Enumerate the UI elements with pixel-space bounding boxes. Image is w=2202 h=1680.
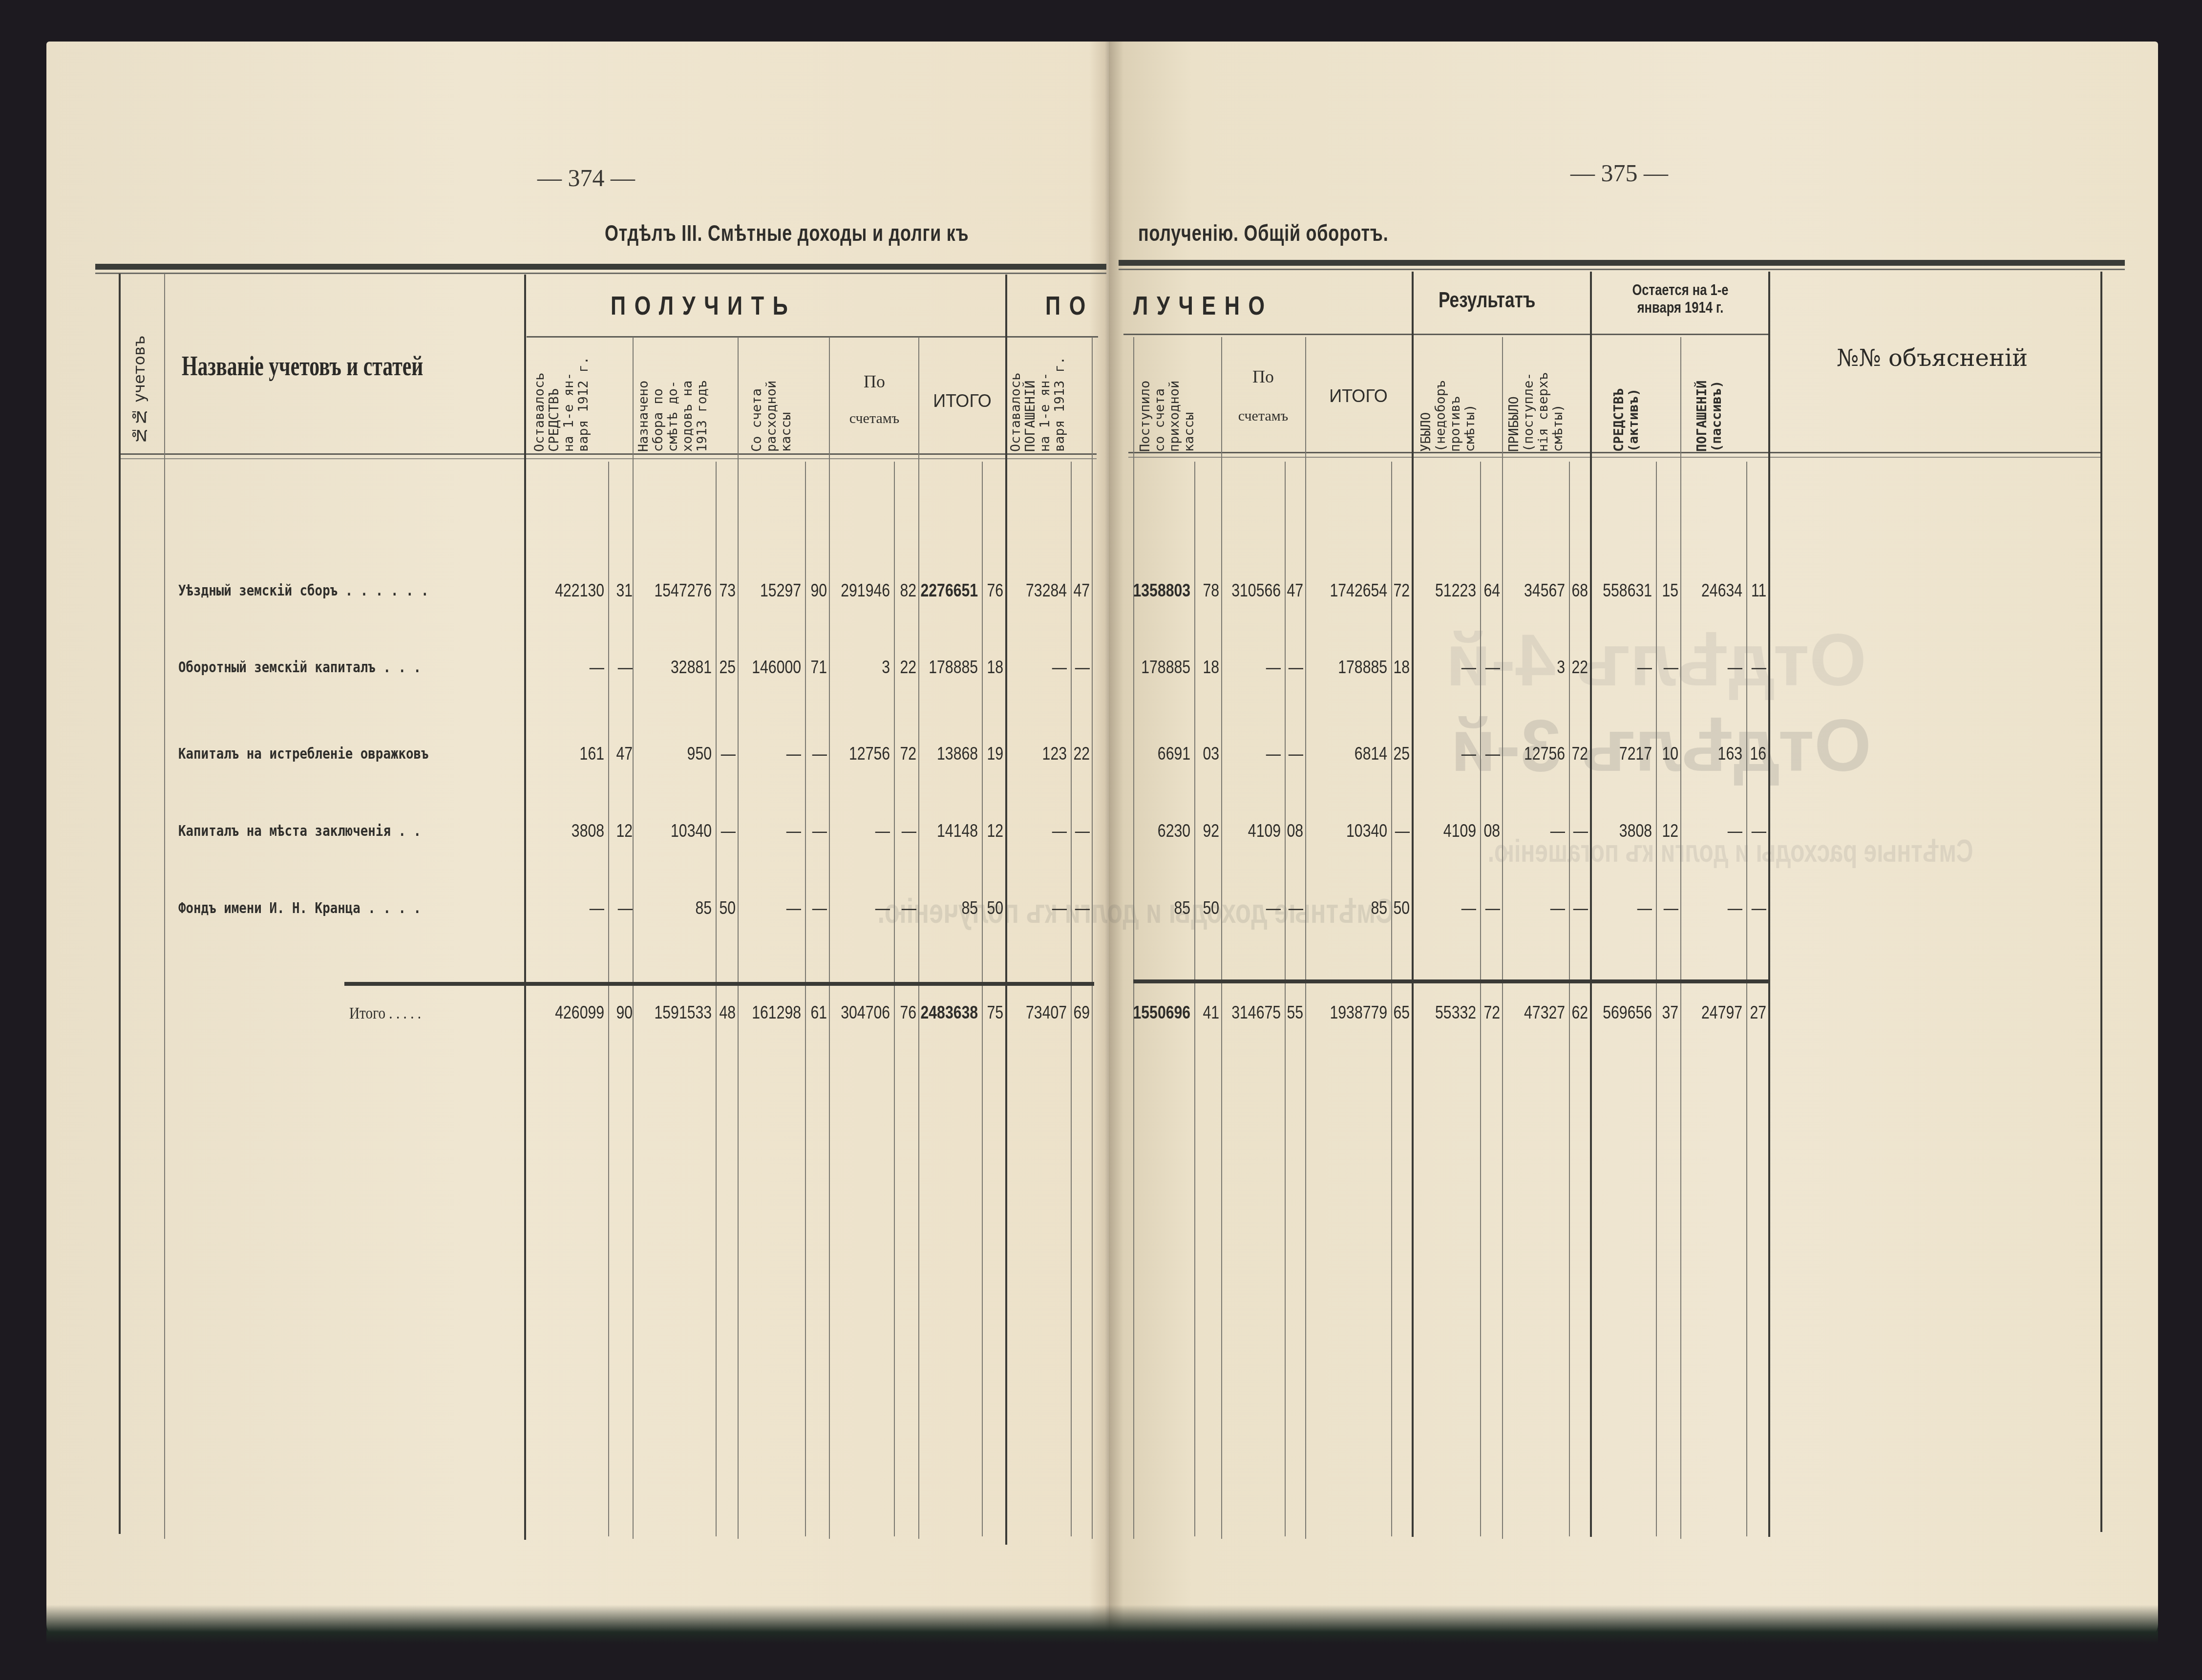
cell-kopecks: —: [618, 657, 633, 678]
total-rubles: 47327: [1524, 1002, 1565, 1023]
cell-rubles: —: [1266, 657, 1281, 678]
cell-rubles: 85: [1174, 898, 1190, 918]
cell-kopecks: —: [618, 898, 633, 918]
total-kopecks: 69: [1073, 1002, 1090, 1023]
row-label: Фондъ имени И. Н. Кранца . . . .: [178, 900, 421, 917]
subheader-ostavalos-sredstv: Оставалось СРЕДСТВЪ на 1-е ян- варя 1912…: [532, 342, 591, 452]
header-bottom-rule-right: [1128, 452, 2100, 453]
cents-divider: [894, 462, 895, 1536]
cell-rubles: —: [1637, 657, 1652, 678]
cell-rubles: 6691: [1158, 744, 1190, 764]
cell-kopecks: —: [1664, 657, 1678, 678]
subcol-divider: [1092, 337, 1093, 1539]
header-group-polucheno-left: ПО: [1045, 291, 1094, 321]
cell-kopecks: 72: [1571, 744, 1588, 764]
cell-kopecks: —: [902, 821, 916, 841]
cell-rubles: 10340: [671, 821, 712, 841]
row-label: Капиталъ на мѣста заключенія . .: [178, 823, 421, 840]
cell-kopecks: 12: [987, 821, 1003, 841]
table-top-subrule-left: [95, 273, 1106, 274]
cell-rubles: 85: [695, 898, 712, 918]
cell-rubles: 14148: [937, 821, 978, 841]
subheader-pogasheniy-passiv: ПОГАШЕНІЙ (пассивъ): [1695, 342, 1724, 452]
page-number-right: — 375 —: [1570, 159, 1668, 187]
cell-rubles: 12756: [1524, 744, 1565, 764]
cell-rubles: —: [1461, 744, 1476, 764]
total-kopecks: 27: [1750, 1002, 1766, 1023]
cell-rubles: —: [1461, 898, 1476, 918]
group-header-rule-right: [1123, 334, 1768, 335]
total-rubles: 161298: [752, 1002, 801, 1023]
cell-rubles: 34567: [1524, 580, 1565, 601]
cell-kopecks: —: [1752, 821, 1766, 841]
total-rubles: 569656: [1603, 1002, 1652, 1023]
cents-divider: [1656, 462, 1657, 1536]
cell-kopecks: —: [812, 898, 827, 918]
subheader-po-schetam-1: По: [830, 371, 918, 392]
total-kopecks: 37: [1662, 1002, 1678, 1023]
cell-rubles: —: [1266, 744, 1281, 764]
subheader-postupilo: Поступило со счета приходной кассы: [1138, 342, 1197, 452]
cell-rubles: 178885: [929, 657, 978, 678]
cell-kopecks: 22: [1571, 657, 1588, 678]
cell-rubles: 1742654: [1330, 580, 1387, 601]
section-title-right: полученію. Общій оборотъ.: [1138, 220, 1388, 246]
total-rubles: 304706: [841, 1002, 890, 1023]
cell-rubles: —: [1266, 898, 1281, 918]
cell-kopecks: 50: [1203, 898, 1219, 918]
cell-kopecks: —: [721, 744, 736, 764]
header-account-name: Названіе учетовъ и статей: [182, 349, 423, 382]
table-top-rule-left: [95, 264, 1106, 270]
cell-kopecks: 90: [810, 580, 827, 601]
cell-rubles: —: [1728, 821, 1742, 841]
cell-kopecks: 92: [1203, 821, 1219, 841]
subcol-divider: [633, 337, 634, 1539]
cell-rubles: 310566: [1231, 580, 1281, 601]
cell-rubles: 1547276: [654, 580, 712, 601]
cell-rubles: 12756: [849, 744, 890, 764]
cell-kopecks: 47: [616, 744, 633, 764]
cell-rubles: 4109: [1443, 821, 1476, 841]
subheader-naznacheno: Назначено сбора по смѣтѣ до- ходовъ на 1…: [636, 342, 710, 452]
cell-kopecks: —: [1289, 744, 1303, 764]
cell-kopecks: 47: [1287, 580, 1303, 601]
table-top-rule-right: [1119, 260, 2125, 266]
total-rule-right: [1133, 979, 1768, 983]
cell-kopecks: 19: [987, 744, 1003, 764]
cell-rubles: —: [1637, 898, 1652, 918]
cell-rubles: 950: [687, 744, 712, 764]
cell-rubles: 7217: [1619, 744, 1652, 764]
cents-divider: [716, 462, 717, 1536]
cents-divider: [1480, 462, 1481, 1536]
cell-kopecks: 82: [900, 580, 916, 601]
subheader-itogo-right: ИТОГО: [1305, 386, 1412, 406]
cell-rubles: 13868: [937, 744, 978, 764]
total-rubles: 55332: [1435, 1002, 1476, 1023]
cell-kopecks: —: [812, 821, 827, 841]
cell-kopecks: 71: [810, 657, 827, 678]
cell-rubles: —: [1728, 657, 1742, 678]
cell-rubles: 3: [882, 657, 890, 678]
total-label: Итого . . . . .: [349, 1004, 421, 1023]
cell-kopecks: 12: [616, 821, 633, 841]
cell-rubles: 6814: [1355, 744, 1387, 764]
cell-rubles: 4109: [1248, 821, 1281, 841]
cents-divider: [1194, 462, 1195, 1536]
subcol-divider: [1502, 337, 1503, 1539]
cell-rubles: 32881: [671, 657, 712, 678]
subcol-divider: [829, 337, 830, 1539]
cell-kopecks: 22: [1073, 744, 1090, 764]
cell-kopecks: 68: [1571, 580, 1588, 601]
cell-kopecks: 15: [1662, 580, 1678, 601]
header-bottom-rule-left-2: [120, 458, 1097, 459]
cell-kopecks: 08: [1287, 821, 1303, 841]
cell-rubles: 422130: [555, 580, 604, 601]
subcol-divider: [1133, 337, 1134, 1539]
cell-rubles: 146000: [752, 657, 801, 678]
header-account-number: №№ учетовъ: [132, 313, 147, 445]
cell-rubles: 163: [1718, 744, 1742, 764]
cell-rubles: 6230: [1158, 821, 1190, 841]
header-bottom-rule-left: [120, 453, 1097, 455]
table-left-border: [119, 274, 121, 1534]
cell-rubles: 1358803: [1133, 580, 1190, 601]
subheader-ostavalos-pogasheniy: Оставалось ПОГАШЕНІЙ на 1-е ян- варя 191…: [1009, 342, 1067, 452]
col-divider-number: [164, 274, 165, 1539]
total-kopecks: 75: [987, 1002, 1003, 1023]
cell-kopecks: 22: [900, 657, 916, 678]
cell-rubles: —: [786, 898, 801, 918]
row-label: Уѣздный земскій сборъ . . . . . .: [178, 582, 429, 599]
subheader-ubylo: УБЫЛО (недоборъ противъ смѣты): [1419, 342, 1478, 452]
page-number-left: — 374 —: [537, 164, 635, 192]
cell-rubles: —: [590, 898, 604, 918]
total-rubles: 314675: [1231, 1002, 1281, 1023]
cell-kopecks: —: [1752, 657, 1766, 678]
bleed-through-subtitle-left: Смѣтные доходы и долги къ полученію.: [877, 892, 1394, 931]
cell-rubles: 123: [1042, 744, 1067, 764]
total-kopecks: 55: [1287, 1002, 1303, 1023]
table-top-subrule-right: [1119, 269, 2125, 270]
subheader-po-schetam-right-2: счетамъ: [1221, 408, 1305, 425]
cell-kopecks: —: [1752, 898, 1766, 918]
cell-kopecks: —: [1485, 898, 1500, 918]
subcol-divider: [738, 337, 739, 1539]
total-rubles: 1550696: [1133, 1002, 1190, 1023]
cell-kopecks: 11: [1751, 580, 1766, 601]
cell-kopecks: 10: [1662, 744, 1678, 764]
subcol-divider: [1305, 337, 1306, 1539]
header-group-poluchit: ПОЛУЧИТЬ: [611, 291, 796, 321]
cell-rubles: —: [786, 821, 801, 841]
header-bottom-rule-right-2: [1128, 457, 2100, 458]
subcol-divider: [918, 337, 919, 1539]
cell-rubles: 558631: [1603, 580, 1652, 601]
cell-rubles: 85: [1371, 898, 1387, 918]
subheader-pribylo: ПРИБЫЛО (поступле- нія сверхъ смѣты): [1507, 342, 1566, 452]
table-right-border: [2100, 272, 2102, 1532]
total-kopecks: 41: [1203, 1002, 1219, 1023]
cents-divider: [982, 462, 983, 1536]
book-gutter: [1089, 42, 1123, 1639]
cell-kopecks: —: [1664, 898, 1678, 918]
total-kopecks: 48: [719, 1002, 736, 1023]
cell-kopecks: 12: [1662, 821, 1678, 841]
section-title-left: Отдѣлъ III. Смѣтные доходы и долги къ: [605, 220, 969, 246]
cell-rubles: 3808: [1619, 821, 1652, 841]
header-explanations: №№ объясненій: [1837, 344, 2028, 372]
cents-divider: [1071, 462, 1072, 1536]
cell-kopecks: —: [721, 821, 736, 841]
cents-divider: [1391, 462, 1392, 1536]
col-divider-poluchit: [1005, 275, 1007, 1545]
cell-rubles: 3: [1557, 657, 1565, 678]
cell-kopecks: —: [812, 744, 827, 764]
subheader-po-schetam-right-1: По: [1221, 366, 1305, 387]
total-rule-left: [344, 982, 1094, 986]
cell-kopecks: 50: [987, 898, 1003, 918]
col-divider-remains: [1768, 272, 1770, 1537]
cell-kopecks: 64: [1483, 580, 1500, 601]
subheader-po-schetam-2: счетамъ: [830, 410, 918, 427]
cell-kopecks: —: [1573, 821, 1588, 841]
cell-rubles: —: [1550, 821, 1565, 841]
total-rubles: 73407: [1026, 1002, 1067, 1023]
total-kopecks: 61: [810, 1002, 827, 1023]
cell-rubles: —: [1461, 657, 1476, 678]
total-rubles: 1938779: [1330, 1002, 1387, 1023]
cell-kopecks: —: [1075, 898, 1090, 918]
cents-divider: [1746, 462, 1747, 1536]
cell-kopecks: —: [1075, 821, 1090, 841]
cell-rubles: 24634: [1701, 580, 1742, 601]
cell-kopecks: 78: [1203, 580, 1219, 601]
total-rubles: 426099: [555, 1002, 604, 1023]
cell-kopecks: 73: [719, 580, 736, 601]
cell-rubles: 51223: [1435, 580, 1476, 601]
cell-kopecks: 18: [1393, 657, 1410, 678]
total-kopecks: 65: [1393, 1002, 1410, 1023]
cell-rubles: 2276651: [920, 580, 978, 601]
cell-kopecks: 50: [1393, 898, 1410, 918]
cents-divider: [608, 462, 609, 1536]
total-rubles: 24797: [1701, 1002, 1742, 1023]
cell-kopecks: 47: [1073, 580, 1090, 601]
col-divider-result: [1590, 272, 1592, 1537]
cell-kopecks: 18: [987, 657, 1003, 678]
cell-kopecks: —: [1485, 657, 1500, 678]
cell-rubles: —: [786, 744, 801, 764]
cell-rubles: 73284: [1026, 580, 1067, 601]
cell-kopecks: —: [1289, 657, 1303, 678]
total-kopecks: 76: [900, 1002, 916, 1023]
cell-kopecks: 31: [616, 580, 633, 601]
page-bottom-edge: [46, 1605, 2158, 1644]
cell-kopecks: —: [1485, 744, 1500, 764]
cell-rubles: 291946: [841, 580, 890, 601]
cell-kopecks: 72: [1393, 580, 1410, 601]
cell-rubles: —: [1728, 898, 1742, 918]
total-rubles: 1591533: [654, 1002, 712, 1023]
header-group-remains: Остается на 1-е января 1914 г.: [1614, 281, 1747, 316]
cell-rubles: —: [875, 898, 890, 918]
cell-kopecks: —: [1289, 898, 1303, 918]
cell-kopecks: —: [1395, 821, 1410, 841]
row-label: Капиталъ на истребленіе овражковъ: [178, 745, 429, 763]
cell-kopecks: 08: [1483, 821, 1500, 841]
cell-kopecks: 25: [1393, 744, 1410, 764]
cell-rubles: 85: [961, 898, 978, 918]
cell-rubles: —: [1550, 898, 1565, 918]
cents-divider: [1569, 462, 1570, 1536]
header-group-result: Результатъ: [1439, 288, 1536, 313]
cell-kopecks: 50: [719, 898, 736, 918]
subheader-so-scheta-rashodnoy: Со счета расходной кассы: [750, 342, 794, 452]
cents-divider: [1285, 462, 1286, 1536]
cell-kopecks: 16: [1750, 744, 1766, 764]
total-kopecks: 72: [1483, 1002, 1500, 1023]
cell-kopecks: —: [1075, 657, 1090, 678]
cell-rubles: —: [1052, 657, 1067, 678]
cents-divider: [805, 462, 806, 1536]
cell-kopecks: 18: [1203, 657, 1219, 678]
cell-kopecks: 76: [987, 580, 1003, 601]
subcol-divider: [1221, 337, 1222, 1539]
cell-kopecks: 03: [1203, 744, 1219, 764]
cell-rubles: 161: [580, 744, 604, 764]
cell-kopecks: 25: [719, 657, 736, 678]
cell-rubles: —: [590, 657, 604, 678]
bleed-through-heading-3: Отдѣлъ 3-й: [1451, 703, 1871, 788]
cell-rubles: 15297: [760, 580, 801, 601]
header-group-polucheno-right: ЛУЧЕНО: [1133, 291, 1273, 321]
subheader-sredstv-aktiv: СРЕДСТВЪ (активъ): [1612, 342, 1641, 452]
cell-kopecks: 72: [900, 744, 916, 764]
cell-rubles: —: [1052, 821, 1067, 841]
cell-rubles: —: [875, 821, 890, 841]
row-label: Оборотный земскій капиталъ . . .: [178, 659, 421, 676]
total-kopecks: 90: [616, 1002, 633, 1023]
cell-kopecks: —: [1573, 898, 1588, 918]
total-kopecks: 62: [1571, 1002, 1588, 1023]
cell-rubles: 178885: [1338, 657, 1387, 678]
cell-rubles: 3808: [572, 821, 604, 841]
total-rubles: 2483638: [920, 1002, 978, 1023]
cell-kopecks: —: [902, 898, 916, 918]
col-divider-name: [524, 275, 526, 1540]
group-header-rule-left: [527, 336, 1098, 338]
cell-rubles: 178885: [1141, 657, 1190, 678]
col-divider-polucheno: [1412, 272, 1414, 1537]
cell-rubles: 10340: [1346, 821, 1387, 841]
cell-rubles: —: [1052, 898, 1067, 918]
subcol-divider: [1680, 337, 1681, 1539]
subheader-itogo: ИТОГО: [918, 391, 1006, 411]
